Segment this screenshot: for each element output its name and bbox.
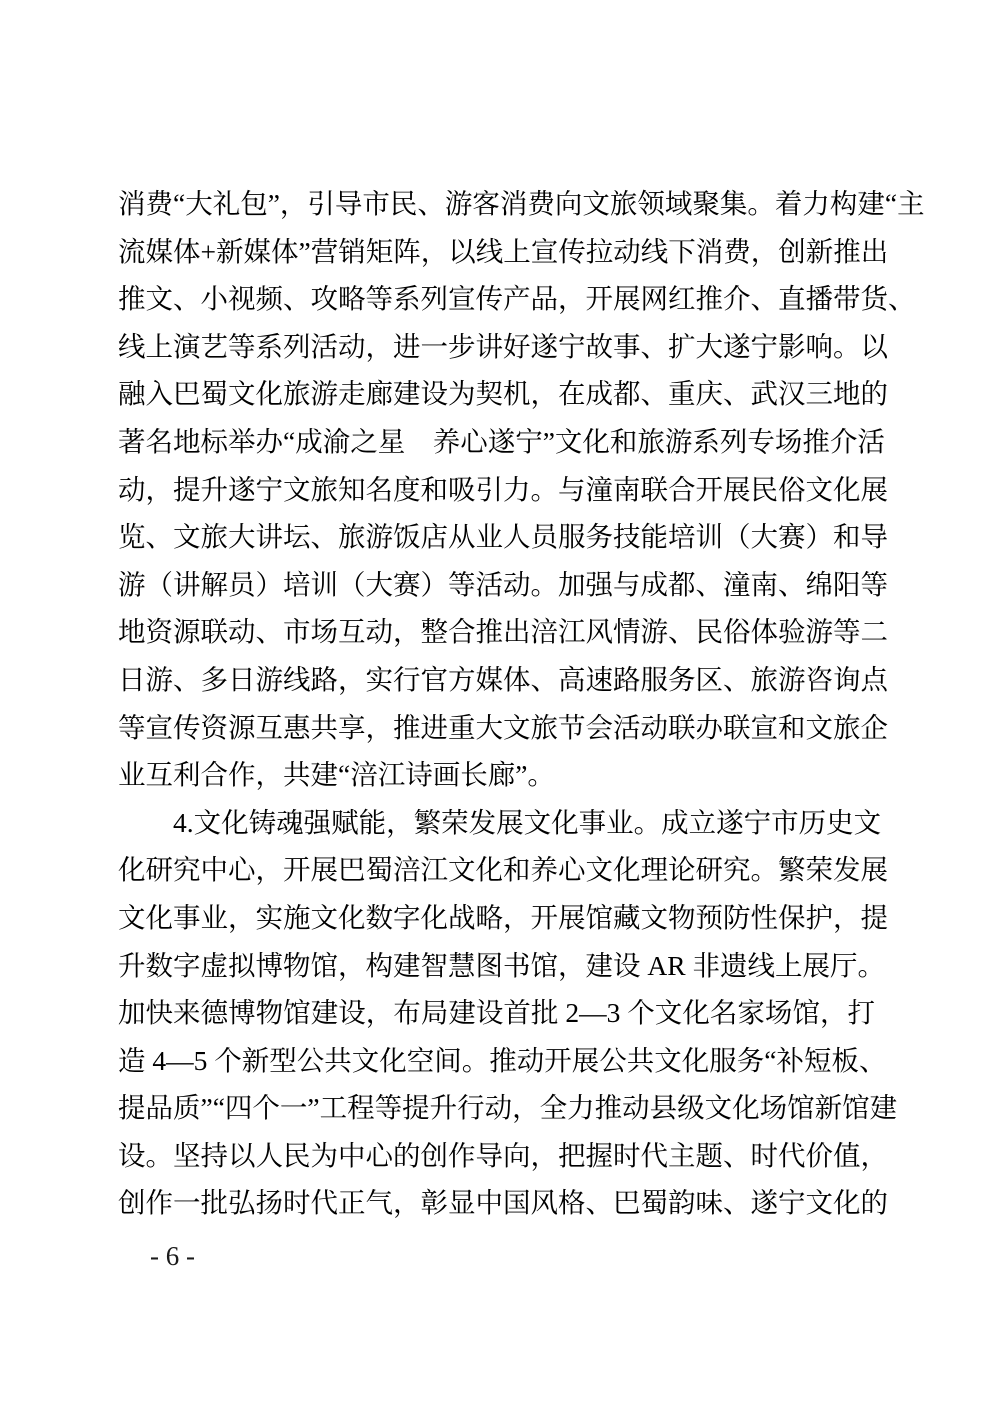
text-line: 文化事业，实施文化数字化战略，开展馆藏文物预防性保护，提	[118, 894, 875, 942]
text-line: 等宣传资源互惠共享，推进重大文旅节会活动联办联宣和文旅企	[118, 704, 875, 752]
text-line: 创作一批弘扬时代正气，彰显中国风格、巴蜀韵味、遂宁文化的	[118, 1179, 875, 1227]
text-line: 4.文化铸魂强赋能，繁荣发展文化事业。成立遂宁市历史文	[118, 799, 875, 847]
text-line: 业互利合作，共建“涪江诗画长廊”。	[118, 751, 875, 799]
text-line: 览、文旅大讲坛、旅游饭店从业人员服务技能培训（大赛）和导	[118, 513, 875, 561]
text-line: 著名地标举办“成渝之星 养心遂宁”文化和旅游系列专场推介活	[118, 418, 875, 466]
text-line: 地资源联动、市场互动，整合推出涪江风情游、民俗体验游等二	[118, 608, 875, 656]
document-body: 消费“大礼包”，引导市民、游客消费向文旅领域聚集。着力构建“主 流媒体+新媒体”…	[118, 180, 875, 1227]
text-line: 消费“大礼包”，引导市民、游客消费向文旅领域聚集。着力构建“主	[118, 180, 875, 228]
text-line: 日游、多日游线路，实行官方媒体、高速路服务区、旅游咨询点	[118, 656, 875, 704]
paragraph-continuation: 消费“大礼包”，引导市民、游客消费向文旅领域聚集。着力构建“主 流媒体+新媒体”…	[118, 180, 875, 799]
text-line: 动，提升遂宁文旅知名度和吸引力。与潼南联合开展民俗文化展	[118, 466, 875, 514]
text-line: 造 4—5 个新型公共文化空间。推动开展公共文化服务“补短板、	[118, 1037, 875, 1085]
text-line: 升数字虚拟博物馆，构建智慧图书馆，建设 AR 非遗线上展厅。	[118, 942, 875, 990]
text-line: 提品质”“四个一”工程等提升行动，全力推动县级文化场馆新馆建	[118, 1084, 875, 1132]
text-line: 融入巴蜀文化旅游走廊建设为契机，在成都、重庆、武汉三地的	[118, 370, 875, 418]
text-line: 线上演艺等系列活动，进一步讲好遂宁故事、扩大遂宁影响。以	[118, 323, 875, 371]
text-line: 设。坚持以人民为中心的创作导向，把握时代主题、时代价值，	[118, 1132, 875, 1180]
document-page: 消费“大礼包”，引导市民、游客消费向文旅领域聚集。着力构建“主 流媒体+新媒体”…	[0, 0, 992, 1403]
page-number: - 6 -	[150, 1240, 195, 1272]
paragraph-section-4: 4.文化铸魂强赋能，繁荣发展文化事业。成立遂宁市历史文 化研究中心，开展巴蜀涪江…	[118, 799, 875, 1227]
text-line: 推文、小视频、攻略等系列宣传产品，开展网红推介、直播带货、	[118, 275, 875, 323]
text-line: 化研究中心，开展巴蜀涪江文化和养心文化理论研究。繁荣发展	[118, 846, 875, 894]
text-line: 游（讲解员）培训（大赛）等活动。加强与成都、潼南、绵阳等	[118, 561, 875, 609]
text-line: 加快来德博物馆建设，布局建设首批 2—3 个文化名家场馆，打	[118, 989, 875, 1037]
text-line: 流媒体+新媒体”营销矩阵，以线上宣传拉动线下消费，创新推出	[118, 228, 875, 276]
